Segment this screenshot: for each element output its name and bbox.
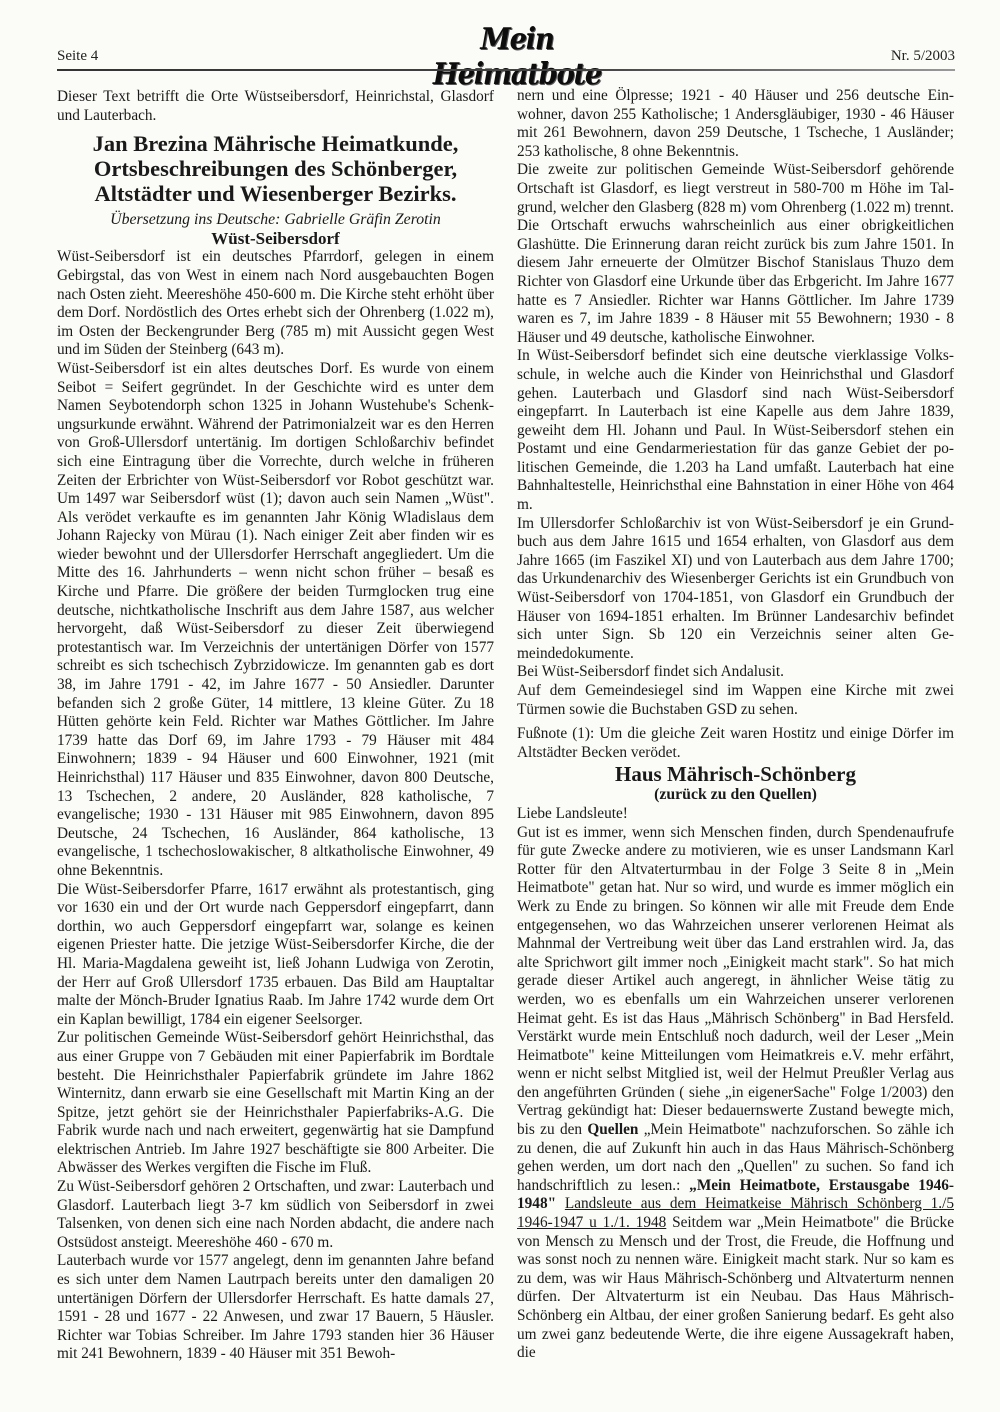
article2-title: Haus Mährisch-Schönberg: [517, 762, 954, 786]
article2-subtitle: (zurück zu den Quellen): [517, 786, 954, 805]
paragraph: Die Wüst-Seibersdorfer Pfarre, 1617 erwä…: [57, 881, 494, 1030]
translator-credit: Übersetzung ins Deutsche: Gabrielle Gräf…: [57, 211, 494, 230]
paragraph: Bei Wüst-Seibersdorf findet sich Andalus…: [517, 663, 954, 682]
right-column: nern und eine Ölpresse; 1921 - 40 Häuser…: [517, 87, 954, 1363]
article-title-line: Ortsbeschreibungen des Schönberger,: [57, 156, 494, 181]
intro-text: Dieser Text betrifft die Orte Wüstseiber…: [57, 88, 494, 125]
article2-body: Gut ist es immer, wenn sich Menschen fin…: [517, 824, 954, 1363]
salutation: Liebe Landsleute!: [517, 805, 954, 824]
body-text: Seit­dem war „Mein Heimatbote" die Brück…: [517, 1214, 954, 1361]
left-column: Dieser Text betrifft die Orte Wüstseiber…: [57, 88, 494, 1364]
issue-number: Nr. 5/2003: [891, 48, 955, 65]
footnote: Fußnote (1): Um die gleiche Zeit waren H…: [517, 725, 954, 762]
paragraph: Zur politischen Gemeinde Wüst-Seibersdor…: [57, 1029, 494, 1178]
paragraph: Die zweite zur politischen Gemeinde Wüst…: [517, 161, 954, 347]
article-title-line: Jan Brezina Mährische Heimatkunde,: [57, 131, 494, 156]
paragraph: Lauterbach wurde vor 1577 angelegt, denn…: [57, 1252, 494, 1364]
paragraph: Auf dem Gemeindesiegel sind im Wappen ei…: [517, 682, 954, 719]
body-text: Gut ist es immer, wenn sich Menschen fin…: [517, 824, 954, 1139]
bold-word: Quellen: [587, 1121, 638, 1138]
paragraph: In Wüst-Seibersdorf befindet sich eine d…: [517, 347, 954, 514]
paragraph: nern und eine Ölpresse; 1921 - 40 Häuser…: [517, 87, 954, 161]
article-title-line: Altstädter und Wiesenberger Bezirks.: [57, 181, 494, 206]
masthead-logo: Mein Heimatbote: [425, 22, 609, 92]
page-number: Seite 4: [57, 48, 98, 65]
paragraph: Im Ullersdorfer Schloßarchiv ist von Wüs…: [517, 515, 954, 664]
article-title: Jan Brezina Mährische Heimatkunde, Ortsb…: [57, 131, 494, 206]
page-header: Seite 4 Mein Heimatbote Nr. 5/2003: [57, 0, 955, 72]
paragraph: Wüst-Seibersdorf ist ein altes deutsches…: [57, 360, 494, 881]
header-rule: [57, 69, 955, 71]
section-heading: Wüst-Seibersdorf: [57, 230, 494, 249]
paragraph: Zu Wüst-Seibersdorf gehören 2 Ortschafte…: [57, 1178, 494, 1252]
paragraph: Wüst-Seibersdorf ist ein deutsches Pfarr…: [57, 248, 494, 360]
